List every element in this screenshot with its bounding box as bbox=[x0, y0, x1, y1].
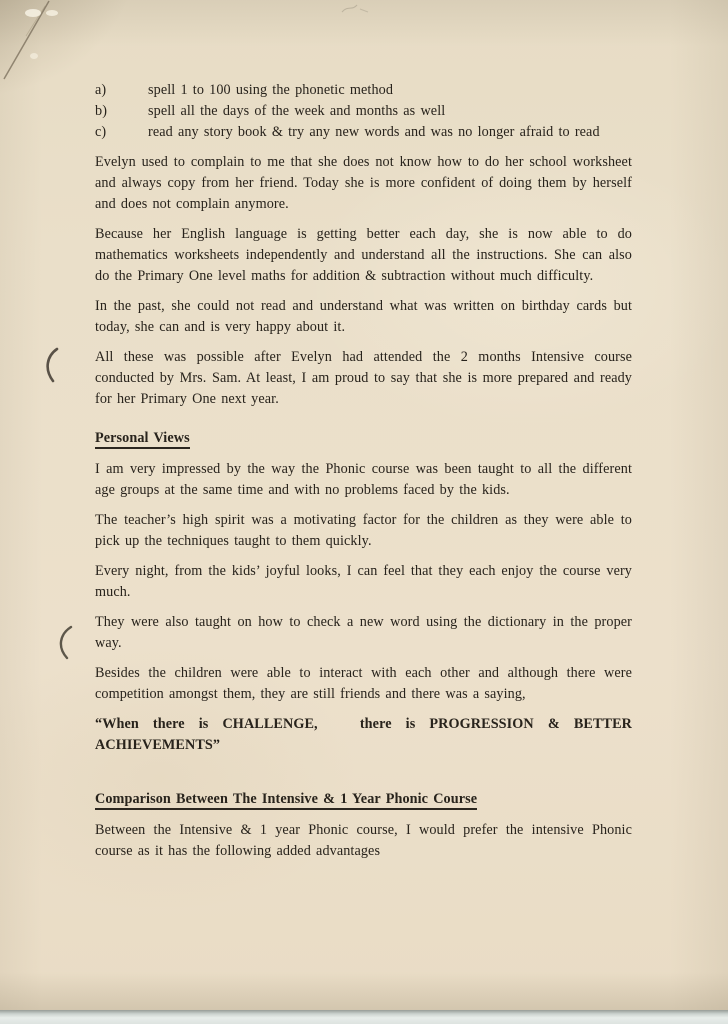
paragraph-interaction: Besides the children were able to intera… bbox=[95, 663, 632, 705]
list-marker: a) bbox=[95, 80, 148, 101]
crease-line-scuff bbox=[26, 6, 45, 36]
list-marker: b) bbox=[95, 101, 148, 122]
heading-comparison-text: Comparison Between The Intensive & 1 Yea… bbox=[95, 791, 477, 810]
list-item: c) read any story book & try any new wor… bbox=[95, 122, 632, 143]
list-item: a) spell 1 to 100 using the phonetic met… bbox=[95, 80, 632, 101]
list-item-text: spell all the days of the week and month… bbox=[148, 101, 632, 122]
crease-line bbox=[4, 1, 49, 79]
top-smudge bbox=[360, 9, 368, 12]
scuff-chip bbox=[46, 10, 58, 16]
document-body: a) spell 1 to 100 using the phonetic met… bbox=[95, 80, 632, 871]
paragraph-comparison-intro: Between the Intensive & 1 year Phonic co… bbox=[95, 820, 632, 862]
paragraph-impressed: I am very impressed by the way the Phoni… bbox=[95, 459, 632, 501]
list-marker: c) bbox=[95, 122, 148, 143]
scuff-chip bbox=[30, 53, 38, 59]
paragraph-birthday-cards: In the past, she could not read and unde… bbox=[95, 296, 632, 338]
achievement-list: a) spell 1 to 100 using the phonetic met… bbox=[95, 80, 632, 143]
paragraph-english-improving: Because her English language is getting … bbox=[95, 224, 632, 287]
margin-mark-lower bbox=[61, 627, 71, 658]
heading-personal-views: Personal Views bbox=[95, 428, 632, 449]
list-item-text: spell 1 to 100 using the phonetic method bbox=[148, 80, 632, 101]
quote-challenge-progression: “When there is CHALLENGE, there is PROGR… bbox=[95, 714, 632, 756]
heading-personal-views-text: Personal Views bbox=[95, 430, 190, 449]
scanner-bed-strip bbox=[0, 1010, 728, 1024]
paragraph-dictionary: They were also taught on how to check a … bbox=[95, 612, 632, 654]
scanned-page: a) spell 1 to 100 using the phonetic met… bbox=[0, 0, 728, 1024]
heading-comparison: Comparison Between The Intensive & 1 Yea… bbox=[95, 789, 632, 810]
paragraph-joyful-looks: Every night, from the kids’ joyful looks… bbox=[95, 561, 632, 603]
list-item-text: read any story book & try any new words … bbox=[148, 122, 632, 143]
list-item: b) spell all the days of the week and mo… bbox=[95, 101, 632, 122]
paragraph-intensive-course: All these was possible after Evelyn had … bbox=[95, 347, 632, 410]
paragraph-evelyn-worksheet: Evelyn used to complain to me that she d… bbox=[95, 152, 632, 215]
top-smudge bbox=[342, 5, 357, 12]
paragraph-teacher-spirit: The teacher’s high spirit was a motivati… bbox=[95, 510, 632, 552]
margin-mark-upper bbox=[48, 349, 57, 381]
scuff-chip bbox=[25, 9, 41, 17]
